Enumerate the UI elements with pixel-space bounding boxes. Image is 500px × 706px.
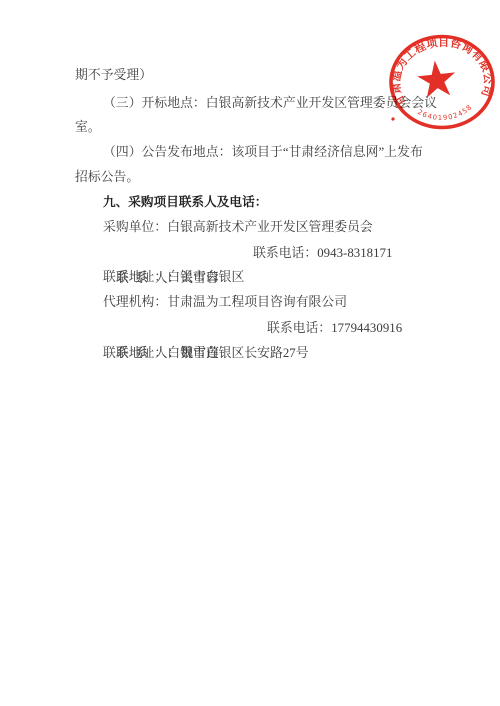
line-text: 联系地址：白银市白银区长安路27号: [103, 346, 309, 360]
contact-phone: 联系电话：17794430916: [267, 316, 402, 341]
text-line: 联系地址：白银市白银区: [103, 265, 244, 290]
text-line: （四）公告发布地点：该项目于“甘肃经济信息网”上发布: [103, 140, 423, 165]
text-line: 代理机构：甘肃温为工程项目咨询有限公司: [103, 290, 347, 315]
text-line: 期不予受理）: [75, 63, 152, 88]
contact-phone: 联系电话：0943-8318171: [253, 241, 392, 266]
contact-line: 联 系 人：关雪蓉 联系电话：0943-8318171: [103, 241, 219, 266]
text-line: 室。: [75, 115, 101, 140]
ink-speck: [391, 117, 394, 120]
official-seal-stamp: 甘肃温为工程项目咨询有限公司 9264019024582: [381, 26, 500, 138]
seal-company-text: 甘肃温为工程项目咨询有限公司: [384, 29, 497, 109]
document-page: 期不予受理） （三）开标地点：白银高新技术产业开发区管理委员会会议 室。 （四）…: [0, 0, 500, 706]
line-text: 期不予受理）: [75, 68, 152, 82]
contact-line: 联 系 人：魏雪莲 联系电话：17794430916: [103, 316, 219, 341]
text-line: 联系地址：白银市白银区长安路27号: [103, 341, 309, 366]
section-heading: 九、采购项目联系人及电话：: [103, 190, 267, 215]
line-text: （四）公告发布地点：该项目于“甘肃经济信息网”上发布: [103, 145, 423, 159]
star-icon: [416, 59, 458, 99]
text-line: 采购单位：白银高新技术产业开发区管理委员会: [103, 215, 373, 240]
line-text: 联系地址：白银市白银区: [103, 270, 244, 284]
line-text: 采购单位：白银高新技术产业开发区管理委员会: [103, 220, 373, 234]
line-text: 室。: [75, 120, 101, 134]
seal-company-arc: 甘肃温为工程项目咨询有限公司: [384, 29, 497, 109]
line-text: 招标公告。: [75, 170, 139, 184]
line-text: 代理机构：甘肃温为工程项目咨询有限公司: [103, 295, 347, 309]
text-line: 招标公告。: [75, 165, 139, 190]
heading-text: 九、采购项目联系人及电话：: [103, 195, 267, 209]
